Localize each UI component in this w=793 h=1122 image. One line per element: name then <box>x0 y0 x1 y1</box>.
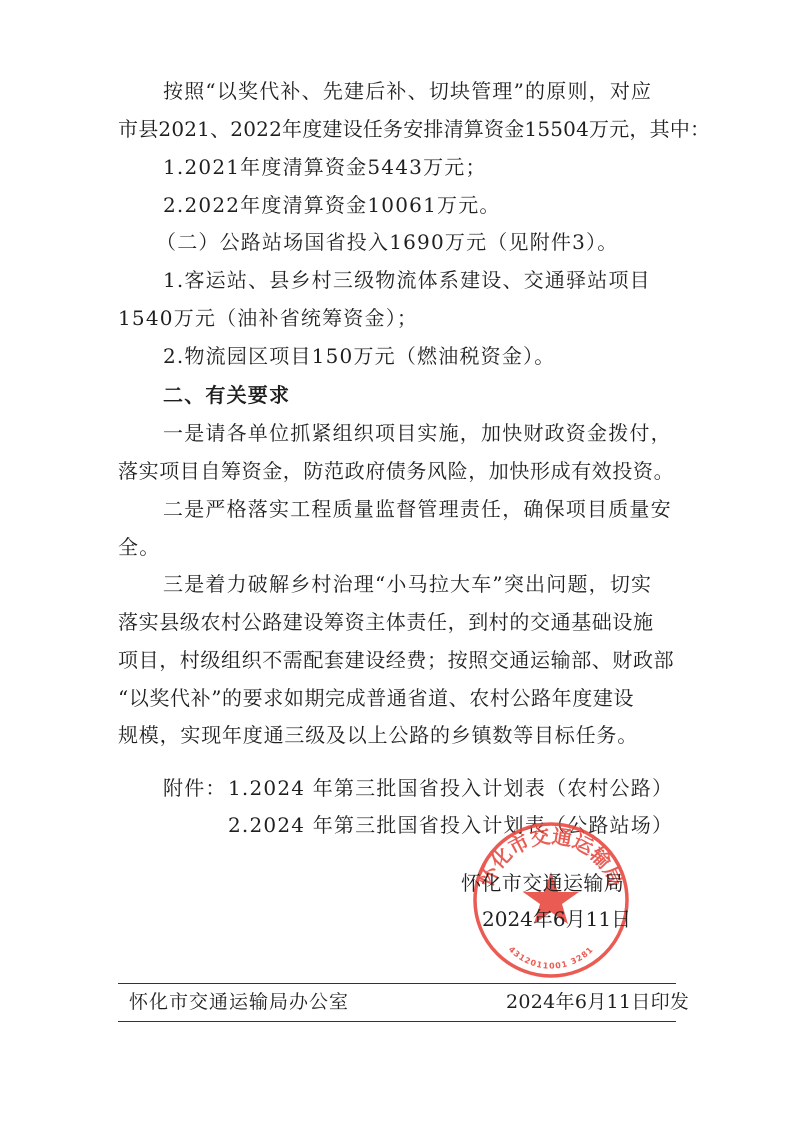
paragraph-line: 1.2021年度清算资金5443万元； <box>163 155 487 179</box>
requirement-line: 规模，实现年度通三级及以上公路的乡镇数等目标任务。 <box>118 723 638 747</box>
footer-issuer: 怀化市交通运输局办公室 <box>129 990 349 1014</box>
footer-bottom-rule <box>118 1021 676 1022</box>
paragraph-line: （二）公路站场国省投入1690万元（见附件3）。 <box>156 230 618 254</box>
requirement-line: 全。 <box>118 535 160 559</box>
requirement-line: 落实县级农村公路建设筹资主体责任，到村的交通基础设施 <box>118 610 654 634</box>
section-heading: 二、有关要求 <box>163 383 290 407</box>
attachment-item: 1.2024 年第三批国省投入计划表（农村公路） <box>228 776 673 800</box>
paragraph-line: 2.物流园区项目150万元（燃油税资金）。 <box>163 344 555 368</box>
paragraph-line: 按照“以奖代补、先建后补、切块管理”的原则，对应 <box>163 79 652 103</box>
requirement-line: 落实项目自筹资金，防范政府债务风险，加快形成有效投资。 <box>118 459 674 483</box>
official-seal-icon: 怀化市交通运输局 4312011001 3281 <box>471 820 631 980</box>
attachments-label: 附件： <box>163 776 227 800</box>
paragraph-line: 市县2021、2022年度建设任务安排清算资金15504万元，其中： <box>118 117 710 141</box>
signature-date: 2024年6月11日 <box>482 907 631 931</box>
paragraph-line: 1540万元（油补省统筹资金）； <box>118 306 418 330</box>
requirement-line: “以奖代补”的要求如期完成普通省道、农村公路年度建设 <box>118 686 634 710</box>
requirement-line: 项目，村级组织不需配套建设经费；按照交通运输部、财政部 <box>118 648 674 672</box>
requirement-line: 二是严格落实工程质量监督管理责任，确保项目质量安 <box>163 497 672 521</box>
signature-organization: 怀化市交通运输局 <box>461 871 624 895</box>
svg-text:4312011001 3281: 4312011001 3281 <box>507 945 596 971</box>
paragraph-line: 2.2022年度清算资金10061万元。 <box>163 193 501 217</box>
paragraph-line: 1.客运站、县乡村三级物流体系建设、交通驿站项目 <box>163 268 651 292</box>
footer-top-rule <box>118 983 676 984</box>
requirement-line: 三是着力破解乡村治理“小马拉大车”突出问题，切实 <box>163 572 652 596</box>
requirement-line: 一是请各单位抓紧组织项目实施，加快财政资金拨付， <box>163 421 672 445</box>
footer-issue-date: 2024年6月11日印发 <box>506 990 689 1014</box>
